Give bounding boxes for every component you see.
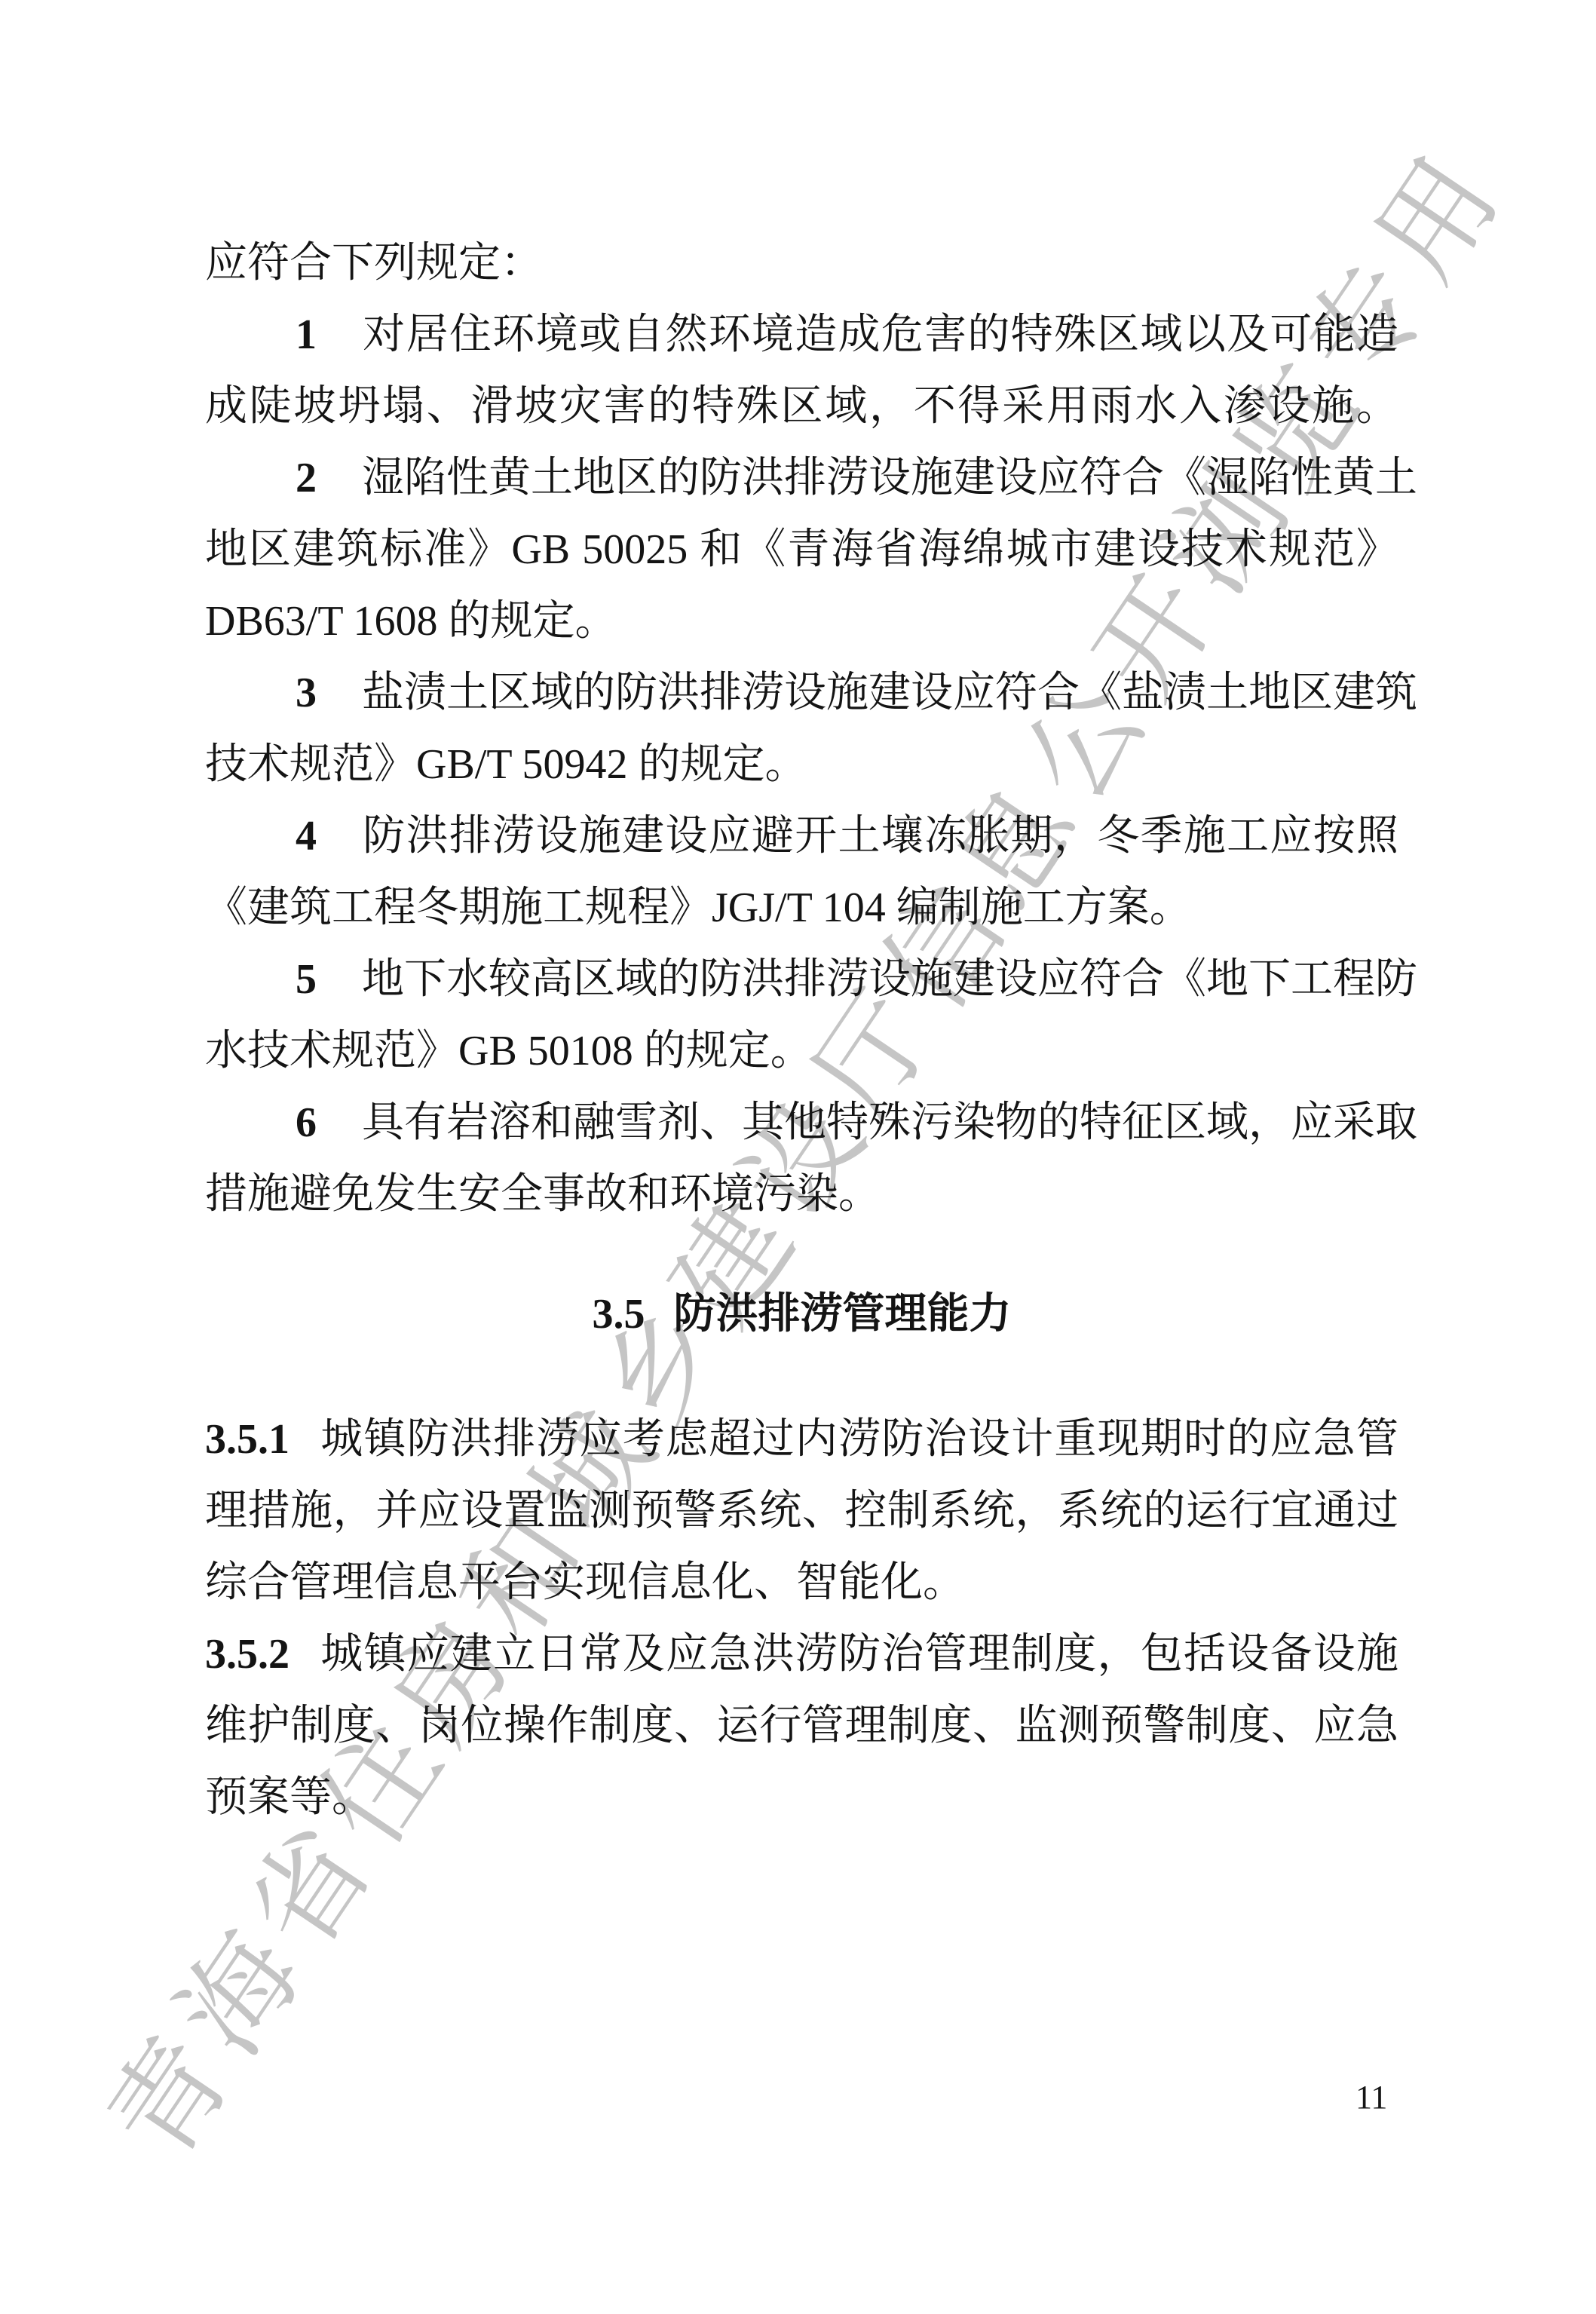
item-number: 1 [296, 311, 317, 358]
item-text: 水技术规范》GB 50108 的规定。 [205, 1028, 813, 1074]
item-line: 4防洪排涝设施建设应避开土壤冻胀期，冬季施工应按照 [205, 801, 1398, 872]
item-text: 地区建筑标准》GB 50025 和《青海省海绵城市建设技术规范》 [205, 526, 1398, 573]
item-line: DB63/T 1608 的规定。 [205, 586, 1398, 657]
item-line: 1对居住环境或自然环境造成危害的特殊区域以及可能造 [205, 299, 1398, 371]
item-text: 具有岩溶和融雪剂、其他特殊污染物的特征区域，应采取 [362, 1099, 1417, 1146]
number-gap [317, 706, 362, 706]
number-gap [317, 849, 362, 850]
item-number: 3 [296, 670, 317, 716]
indent-spacer [205, 491, 296, 492]
indent-spacer [205, 706, 296, 706]
item-text: 《建筑工程冬期施工规程》JGJ/T 104 编制施工方案。 [205, 884, 1192, 931]
item-number: 2 [296, 455, 317, 501]
intro-line: 应符合下列规定： [205, 228, 1398, 299]
clause-line: 预案等。 [205, 1762, 1398, 1834]
item-number: 6 [296, 1099, 317, 1146]
item-line: 水技术规范》GB 50108 的规定。 [205, 1016, 1398, 1087]
item-text: 湿陷性黄土地区的防洪排涝设施建设应符合《湿陷性黄土 [362, 455, 1417, 501]
item-text: 盐渍土区域的防洪排涝设施建设应符合《盐渍土地区建筑 [362, 670, 1417, 716]
clause-line: 3.5.2城镇应建立日常及应急洪涝防治管理制度，包括设备设施 [205, 1619, 1398, 1690]
item-text: 成陡坡坍塌、滑坡灾害的特殊区域，不得采用雨水入渗设施。 [205, 383, 1398, 430]
number-gap [317, 348, 362, 348]
number-gap [289, 1452, 320, 1453]
clause-text: 理措施，并应设置监测预警系统、控制系统，系统的运行宜通过 [205, 1488, 1398, 1534]
section-heading: 3.5防洪排涝管理能力 [205, 1277, 1398, 1349]
number-gap [317, 1136, 362, 1136]
clause-number: 3.5.2 [205, 1631, 289, 1678]
clause-text: 预案等。 [205, 1774, 374, 1821]
item-line: 技术规范》GB/T 50942 的规定。 [205, 729, 1398, 801]
clause-text: 城镇防洪排涝应考虑超过内涝防治设计重现期时的应急管 [320, 1416, 1398, 1463]
item-text: DB63/T 1608 的规定。 [205, 598, 617, 645]
clause-line: 3.5.1城镇防洪排涝应考虑超过内涝防治设计重现期时的应急管 [205, 1404, 1398, 1476]
intro-text: 应符合下列规定： [205, 240, 543, 287]
item-line: 3盐渍土区域的防洪排涝设施建设应符合《盐渍土地区建筑 [205, 657, 1398, 729]
page-content: 应符合下列规定： 1对居住环境或自然环境造成危害的特殊区域以及可能造 成陡坡坍塌… [205, 228, 1398, 1834]
item-text: 措施避免发生安全事故和环境污染。 [205, 1171, 881, 1218]
item-line: 2湿陷性黄土地区的防洪排涝设施建设应符合《湿陷性黄土 [205, 443, 1398, 514]
number-gap [317, 491, 362, 492]
item-line: 《建筑工程冬期施工规程》JGJ/T 104 编制施工方案。 [205, 872, 1398, 944]
item-text: 技术规范》GB/T 50942 的规定。 [205, 741, 807, 788]
number-gap [289, 1667, 320, 1668]
page-number: 11 [1356, 2075, 1387, 2120]
section-number: 3.5 [593, 1291, 645, 1338]
clause-text: 维护制度、岗位操作制度、运行管理制度、监测预警制度、应急 [205, 1703, 1398, 1749]
clause-number: 3.5.1 [205, 1416, 289, 1463]
clause-text: 综合管理信息平台实现信息化、智能化。 [205, 1559, 965, 1606]
number-gap [317, 992, 362, 993]
document-page: 青海省住房和城乡建设厅信息公开浏览专用 应符合下列规定： 1对居住环境或自然环境… [0, 0, 1596, 2314]
clause-line: 理措施，并应设置监测预警系统、控制系统，系统的运行宜通过 [205, 1476, 1398, 1547]
item-text: 对居住环境或自然环境造成危害的特殊区域以及可能造 [362, 311, 1398, 358]
item-number: 4 [296, 813, 317, 860]
clause-line: 维护制度、岗位操作制度、运行管理制度、监测预警制度、应急 [205, 1690, 1398, 1762]
item-line: 5地下水较高区域的防洪排涝设施建设应符合《地下工程防 [205, 944, 1398, 1016]
item-line: 地区建筑标准》GB 50025 和《青海省海绵城市建设技术规范》 [205, 514, 1398, 586]
item-line: 成陡坡坍塌、滑坡灾害的特殊区域，不得采用雨水入渗设施。 [205, 371, 1398, 443]
section-title: 防洪排涝管理能力 [674, 1289, 1012, 1337]
clause-line: 综合管理信息平台实现信息化、智能化。 [205, 1547, 1398, 1619]
clause-text: 城镇应建立日常及应急洪涝防治管理制度，包括设备设施 [320, 1631, 1398, 1678]
item-line: 措施避免发生安全事故和环境污染。 [205, 1159, 1398, 1231]
item-number: 5 [296, 956, 317, 1003]
item-line: 6具有岩溶和融雪剂、其他特殊污染物的特征区域，应采取 [205, 1087, 1398, 1159]
indent-spacer [205, 849, 296, 850]
indent-spacer [205, 1136, 296, 1136]
indent-spacer [205, 992, 296, 993]
indent-spacer [205, 348, 296, 348]
item-text: 防洪排涝设施建设应避开土壤冻胀期，冬季施工应按照 [362, 813, 1398, 860]
item-text: 地下水较高区域的防洪排涝设施建设应符合《地下工程防 [362, 956, 1417, 1003]
